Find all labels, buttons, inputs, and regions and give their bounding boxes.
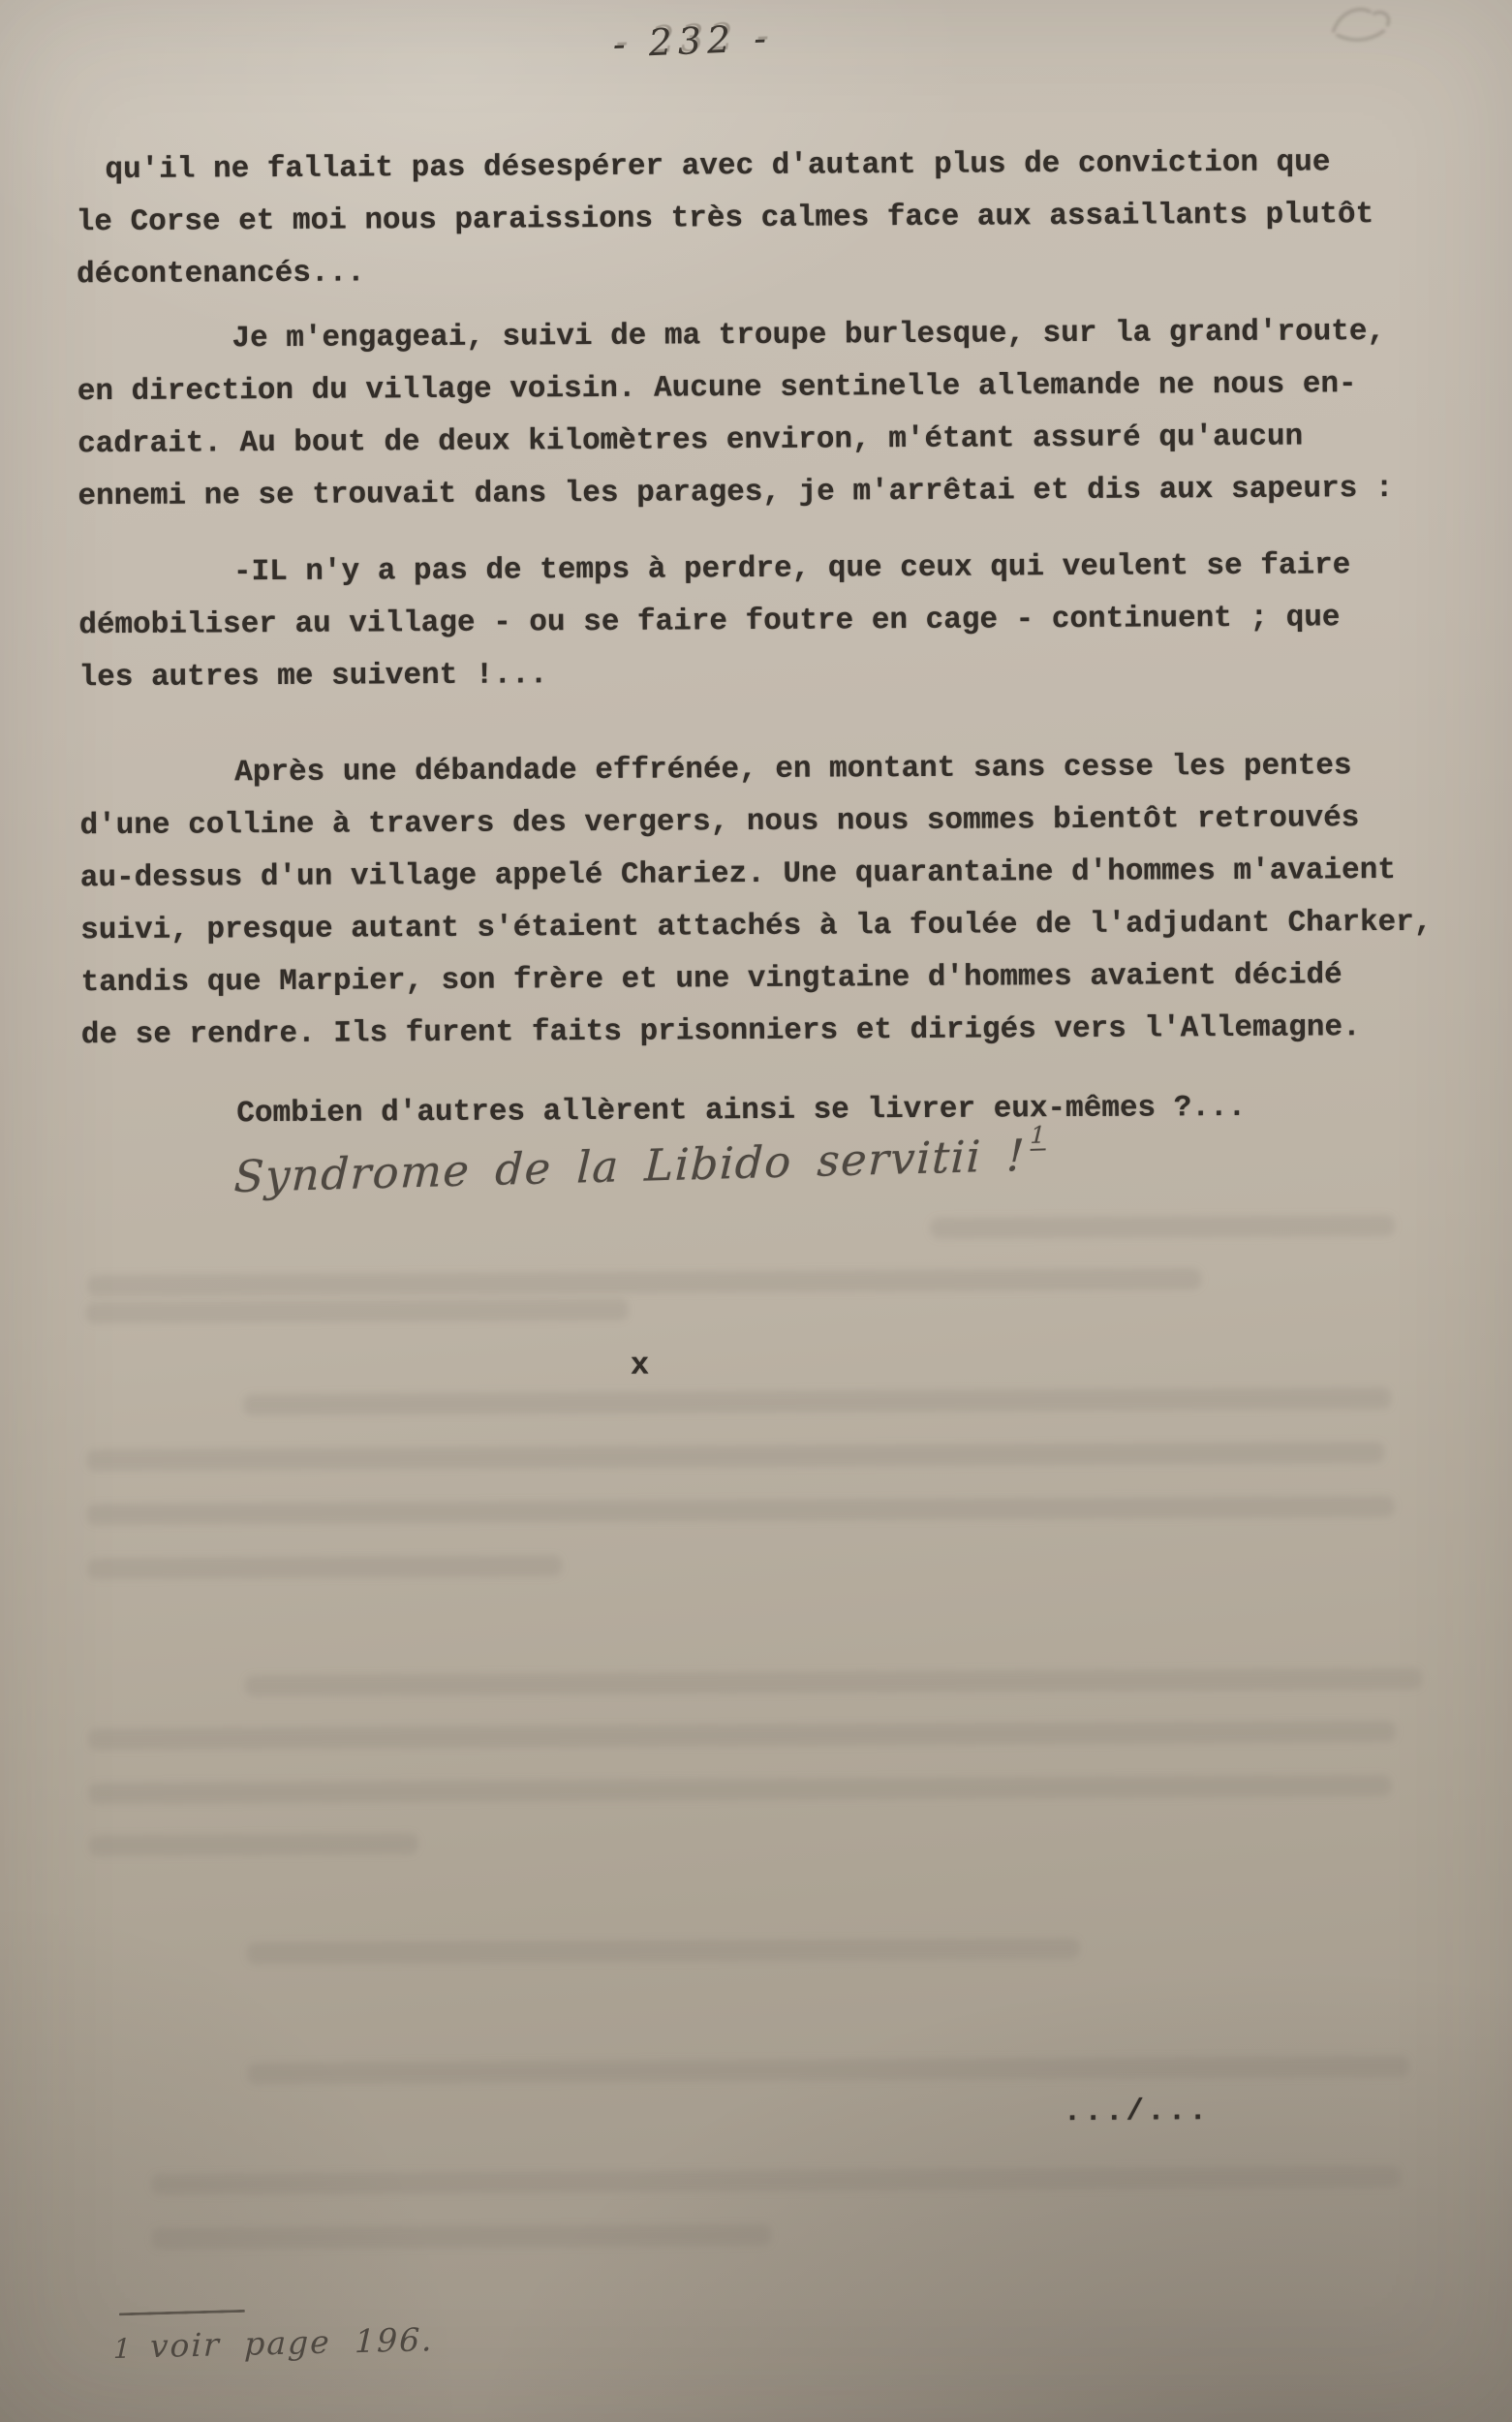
paragraph: qu'il ne fallait pas désespérer avec d'a… bbox=[76, 136, 1467, 301]
typed-line: d'une colline à travers des vergers, nou… bbox=[79, 792, 1470, 853]
footnote-rule bbox=[119, 2310, 245, 2316]
pencil-corner-mark bbox=[1327, 2, 1403, 48]
bleedthrough-layer bbox=[0, 0, 1504, 5]
typed-line: tandis que Marpier, son frère et une vin… bbox=[80, 948, 1471, 1009]
document-page: - 232 - qu'il ne fallait pas désespérer … bbox=[0, 0, 1512, 2422]
handwritten-footnote: 1voir page 196. bbox=[113, 2320, 435, 2366]
typed-body-text: qu'il ne fallait pas désespérer avec d'a… bbox=[76, 136, 1472, 1141]
bleedthrough-line bbox=[89, 1833, 418, 1856]
bleedthrough-line bbox=[245, 1668, 1422, 1696]
typed-line: décontenancés... bbox=[77, 240, 1467, 301]
bleedthrough-line bbox=[151, 2224, 771, 2250]
section-break-mark: x bbox=[631, 1340, 650, 1392]
typed-line: le Corse et moi nous paraissions très ca… bbox=[77, 188, 1467, 249]
typed-line: suivi, presque autant s'étaient attachés… bbox=[80, 896, 1471, 957]
scanned-sheet: - 232 - qu'il ne fallait pas désespérer … bbox=[0, 0, 1512, 2422]
typed-line: démobiliser au village - ou se faire fou… bbox=[78, 591, 1469, 652]
footnote-text: voir page 196. bbox=[149, 2320, 434, 2365]
bleedthrough-line bbox=[89, 1775, 1392, 1804]
typed-line: qu'il ne fallait pas désespérer avec d'a… bbox=[76, 136, 1466, 197]
typed-line: au-dessus d'un village appelé Chariez. U… bbox=[80, 844, 1471, 905]
bleedthrough-line bbox=[87, 1555, 562, 1579]
page-number: - 232 - bbox=[612, 16, 773, 66]
footnote-reference-mark: 1 bbox=[1030, 1121, 1047, 1150]
bleedthrough-line bbox=[243, 1387, 1391, 1415]
typed-line: Je m'engageai, suivi de ma troupe burles… bbox=[77, 305, 1467, 366]
footnote-number: 1 bbox=[113, 2332, 134, 2364]
bleedthrough-line bbox=[86, 1442, 1384, 1471]
paragraph: Je m'engageai, suivi de ma troupe burles… bbox=[77, 305, 1468, 523]
paragraph: -IL n'y a pas de temps à perdre, que ceu… bbox=[78, 539, 1470, 704]
paragraph: Après une débandade effrénée, en montant… bbox=[79, 739, 1472, 1062]
typed-line: cadrait. Au bout de deux kilomètres envi… bbox=[77, 410, 1468, 471]
page-continuation-mark: .../... bbox=[1064, 2086, 1211, 2139]
bleedthrough-line bbox=[930, 1215, 1395, 1239]
bleedthrough-line bbox=[247, 2056, 1409, 2084]
handwritten-annotation-text: Syndrome de la Libido servitii ! bbox=[233, 1130, 1027, 1202]
bleedthrough-line bbox=[151, 2166, 1401, 2195]
typed-line: ennemi ne se trouvait dans les parages, … bbox=[77, 462, 1468, 523]
typed-line: -IL n'y a pas de temps à perdre, que ceu… bbox=[78, 539, 1469, 600]
bleedthrough-line bbox=[87, 1268, 1201, 1296]
typed-line: de se rendre. Ils furent faits prisonnie… bbox=[81, 1001, 1472, 1062]
typed-line: les autres me suivent !... bbox=[78, 643, 1469, 704]
typed-line: en direction du village voisin. Aucune s… bbox=[77, 357, 1468, 419]
typed-line: Après une débandade effrénée, en montant… bbox=[79, 739, 1470, 800]
bleedthrough-line bbox=[87, 1496, 1395, 1525]
bleedthrough-line bbox=[247, 1938, 1080, 1964]
bleedthrough-line bbox=[88, 1721, 1396, 1750]
bleedthrough-line bbox=[86, 1299, 629, 1323]
